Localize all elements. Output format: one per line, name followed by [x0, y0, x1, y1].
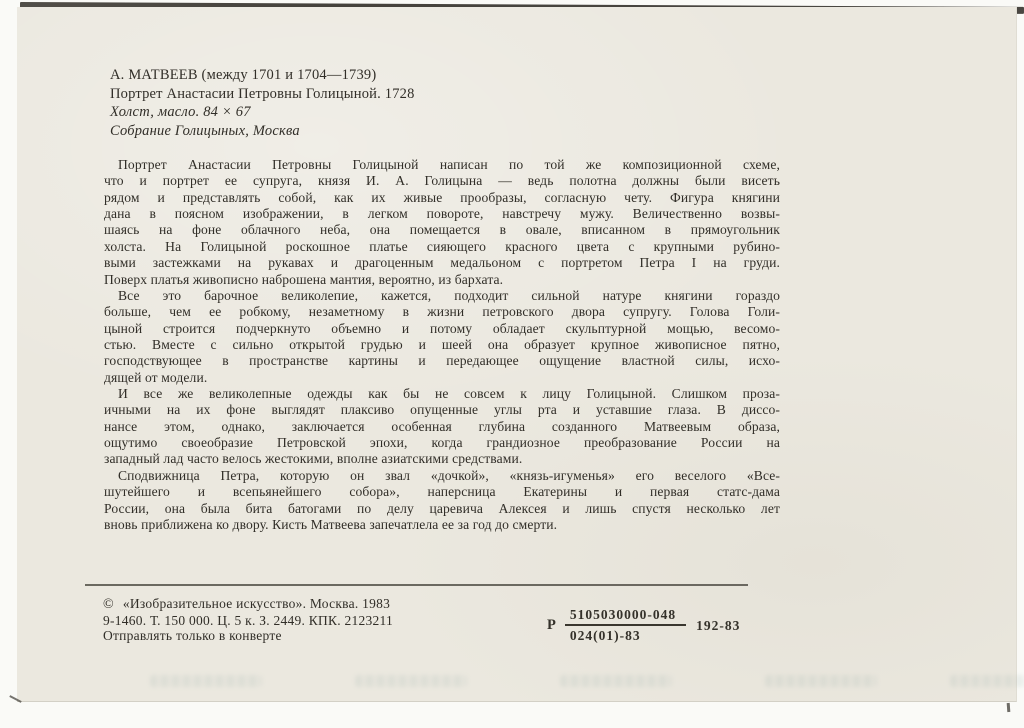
envelope-line: Отправлять только в конверте: [103, 628, 393, 644]
body-line: ощутимо своеобразие Петровской эпохи, ко…: [104, 435, 780, 451]
body-line: России, она была бита батогами по делу ц…: [104, 501, 780, 517]
artist-line: А. МАТВЕЕВ (между 1701 и 1704—1739): [110, 66, 415, 85]
price-code-block: Р 5105030000-048 024(01)-83 192-83: [547, 607, 740, 644]
ghost-watermark: [355, 675, 467, 687]
divider-line: [85, 584, 748, 586]
body-line: выми застежками на рукавах и драгоценным…: [104, 255, 780, 271]
ghost-watermark: [150, 675, 262, 687]
body-line: стью. Вместе с сильно открытой грудью и …: [104, 337, 780, 353]
ghost-watermark: [765, 675, 877, 687]
imprint-block: © «Изобразительное искусство». Москва. 1…: [103, 596, 393, 644]
body-text: Портрет Анастасии Петровны Голицыной нап…: [104, 157, 780, 533]
price-numerator: 5105030000-048: [565, 607, 686, 626]
copyright-text: «Изобразительное искусство». Москва. 198…: [123, 596, 390, 612]
collection-line: Собрание Голицыных, Москва: [110, 122, 415, 141]
medium-line: Холст, масло. 84 × 67: [110, 103, 415, 122]
body-line: вновь приближена ко двору. Кисть Матвеев…: [104, 517, 780, 533]
caption-block: А. МАТВЕЕВ (между 1701 и 1704—1739) Порт…: [110, 66, 415, 140]
body-line: что и портрет ее супруга, князя И. А. Го…: [104, 173, 780, 189]
body-line: дана в поясном изображении, в легком пов…: [104, 206, 780, 222]
copyright-line: © «Изобразительное искусство». Москва. 1…: [103, 596, 393, 613]
body-line: больше, чем ее робкому, незаметному в жи…: [104, 304, 780, 320]
postcard-back: А. МАТВЕЕВ (между 1701 и 1704—1739) Порт…: [17, 7, 1017, 702]
body-line: господствующее в пространстве картины и …: [104, 353, 780, 369]
price-denominator: 024(01)-83: [565, 626, 686, 644]
body-line: дящей от модели.: [104, 370, 780, 386]
body-line: нансе этом, однако, заключается особенна…: [104, 419, 780, 435]
body-line: Портрет Анастасии Петровны Голицыной нап…: [104, 157, 780, 173]
title-line: Портрет Анастасии Петровны Голицыной. 17…: [110, 85, 415, 104]
body-line: Сподвижница Петра, которую он звал «дочк…: [104, 468, 780, 484]
body-line: шутейшего и всепьянейшего собора», напер…: [104, 484, 780, 500]
body-line: И все же великолепные одежды как бы не с…: [104, 386, 780, 402]
price-suffix: 192-83: [696, 618, 740, 634]
price-letter: Р: [547, 617, 556, 634]
body-line: цыной строится подчеркнуто объемно и пот…: [104, 321, 780, 337]
body-line: Поверх платья живописно наброшена мантия…: [104, 272, 780, 288]
body-line: холста. На Голицыной роскошное платье си…: [104, 239, 780, 255]
body-line: западный лад часто велось жестокими, впо…: [104, 451, 780, 467]
ghost-watermark: [950, 675, 1024, 687]
copyright-icon: ©: [103, 597, 114, 613]
print-code-line: 9-1460. Т. 150 000. Ц. 5 к. З. 2449. КПК…: [103, 613, 393, 629]
body-line: рядом и представлять собой, как их живые…: [104, 190, 780, 206]
ghost-watermark: [560, 675, 672, 687]
body-line: шаясь на фоне облачного неба, она помеща…: [104, 222, 780, 238]
scanned-page: А. МАТВЕЕВ (между 1701 и 1704—1739) Порт…: [0, 0, 1024, 728]
body-line: Все это барочное великолепие, кажется, п…: [104, 288, 780, 304]
price-fraction: 5105030000-048 024(01)-83: [565, 607, 686, 644]
corner-mark: [1007, 703, 1011, 712]
body-line: ичными на их фоне выглядят плаксиво опущ…: [104, 402, 780, 418]
